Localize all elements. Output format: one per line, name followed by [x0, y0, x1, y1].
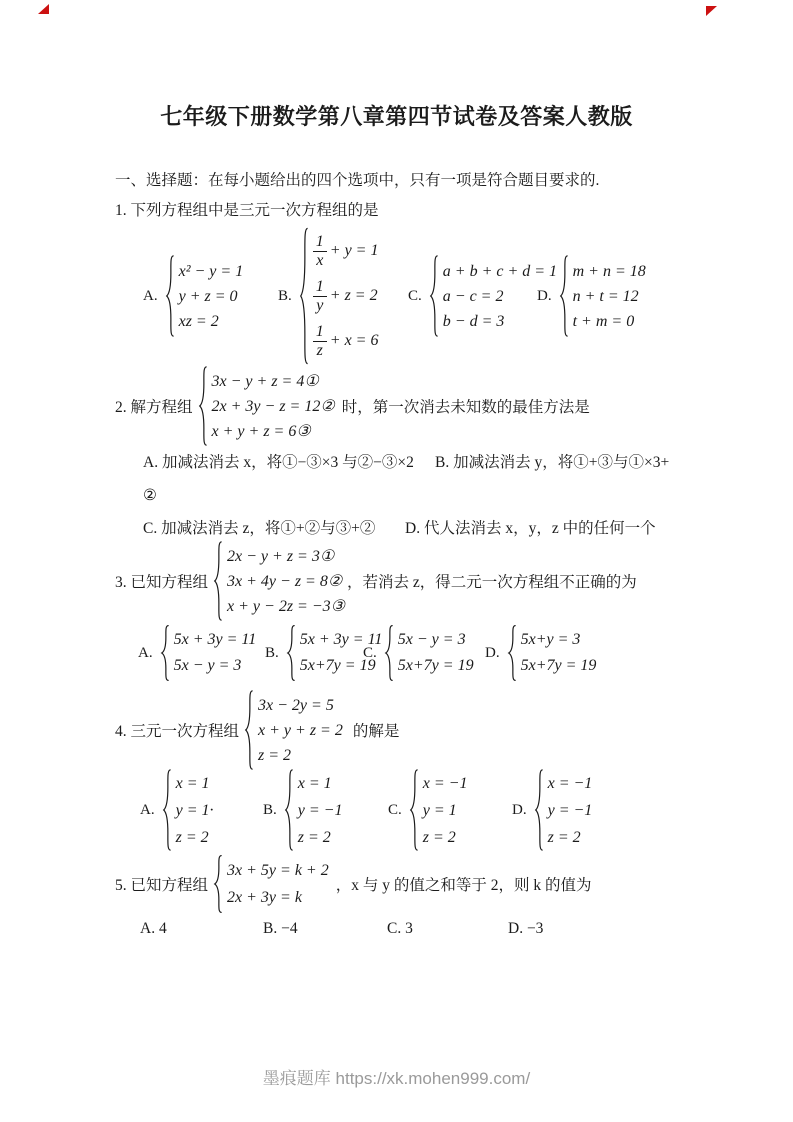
equation: y = −1	[298, 797, 343, 824]
question-4-options: A. x = 1 y = 1· z = 2 B. x = 1 y = −1 z …	[115, 764, 775, 856]
question-4-tail: 的解是	[353, 719, 400, 741]
question-3-tail: ，若消去 z，得二元一次方程组不正确的为	[347, 570, 637, 592]
q5-option-d: D. −3	[508, 920, 543, 938]
equation-fraction: 1x + y = 1	[313, 229, 379, 274]
equation: 3x − y + z = 4①	[212, 369, 335, 394]
red-corner-mark-left	[38, 4, 49, 14]
left-brace-icon	[383, 625, 394, 681]
equation-system: 3x − y + z = 4① 2x + 3y − z = 12② x + y …	[197, 366, 335, 446]
option-label: D.	[537, 288, 552, 305]
equation: 2x − y + z = 3①	[227, 544, 345, 569]
left-brace-icon	[506, 625, 517, 681]
equation-system: 3x + 5y = k + 2 2x + 3y = k	[212, 855, 329, 913]
equation: 2x + 3y − z = 12②	[212, 394, 335, 419]
equation: 3x − 2y = 5	[258, 693, 343, 718]
equation: y = 1·	[176, 797, 214, 824]
equation: y = 1	[423, 797, 468, 824]
equation-fraction: 1y + z = 2	[313, 274, 379, 319]
left-brace-icon	[164, 255, 175, 337]
equation-fraction: 1z + x = 6	[313, 319, 379, 364]
question-2-options: A. 加减法消去 x，将①−③×3 与②−③×2 B. 加减法消去 y，将①+③…	[115, 450, 775, 540]
left-brace-icon	[558, 255, 569, 337]
q5-option-a: A. 4	[140, 920, 167, 938]
left-brace-icon	[285, 625, 296, 681]
equation-rest: + z = 2	[330, 287, 378, 305]
test-paper-page: 七年级下册数学第八章第四节试卷及答案人教版 一、选择题：在每小题给出的四个选项中…	[0, 0, 793, 1122]
question-5-options: A. 4 B. −4 C. 3 D. −3	[115, 920, 775, 946]
equation-system: m + n = 18 n + t = 12 t + m = 0	[558, 255, 646, 337]
denominator: z	[314, 342, 326, 360]
q2-option-a: A. 加减法消去 x，将①−③×3 与②−③×2	[143, 450, 414, 472]
question-3-options: A. 5x + 3y = 11 5x − y = 3 B. 5x + 3y = …	[115, 622, 775, 684]
left-brace-icon	[159, 625, 170, 681]
equation-system: x² − y = 1 y + z = 0 xz = 2	[164, 255, 244, 337]
q1-option-a: A. x² − y = 1 y + z = 0 xz = 2	[143, 255, 243, 337]
option-label: A.	[143, 288, 158, 305]
q1-option-b: B. 1x + y = 1 1y + z = 2 1z + x = 6	[278, 227, 378, 365]
equation: t + m = 0	[573, 309, 646, 334]
option-label: C.	[408, 288, 422, 305]
question-2-tail: 时，第一次消去未知数的最佳方法是	[342, 395, 590, 417]
question-2: 2. 解方程组 3x − y + z = 4① 2x + 3y − z = 12…	[115, 366, 590, 446]
equation-rest: + x = 6	[330, 332, 379, 350]
q2-option-d: D. 代人法消去 x，y，z 中的任何一个	[405, 516, 656, 538]
left-brace-icon	[283, 769, 294, 851]
equation: y = −1	[548, 797, 593, 824]
equation: x + y + z = 6③	[212, 419, 335, 444]
q4-option-d: D. x = −1 y = −1 z = 2	[512, 769, 592, 851]
equation: 5x+7y = 19	[398, 653, 474, 679]
option-label: B.	[265, 645, 279, 662]
equation: 5x+y = 3	[521, 627, 597, 653]
q4-option-a: A. x = 1 y = 1· z = 2	[140, 769, 214, 851]
page-title: 七年级下册数学第八章第四节试卷及答案人教版	[0, 100, 793, 131]
question-1-options: A. x² − y = 1 y + z = 0 xz = 2 B. 1x + y…	[115, 226, 775, 366]
left-brace-icon	[428, 255, 439, 337]
equation: z = 2	[423, 824, 468, 851]
q5-option-c: C. 3	[387, 920, 413, 938]
numerator: 1	[313, 233, 327, 252]
equation: xz = 2	[179, 309, 244, 334]
option-label: C.	[388, 802, 402, 819]
equation: m + n = 18	[573, 259, 646, 284]
left-brace-icon	[243, 690, 254, 770]
equation: 5x − y = 3	[398, 627, 474, 653]
equation: x + y + z = 2	[258, 718, 343, 743]
equation: z = 2	[176, 824, 214, 851]
equation-system: 2x − y + z = 3① 3x + 4y − z = 8② x + y −…	[212, 541, 345, 621]
equation: 5x − y = 3	[174, 653, 257, 679]
equation: z = 2	[298, 824, 343, 851]
question-1-text: 1. 下列方程组中是三元一次方程组的是	[115, 198, 379, 220]
q2-option-c: C. 加减法消去 z，将①+②与③+②	[143, 516, 375, 538]
left-brace-icon	[298, 227, 309, 365]
equation: y + z = 0	[179, 284, 244, 309]
numerator: 1	[313, 278, 327, 297]
equation-system: 1x + y = 1 1y + z = 2 1z + x = 6	[298, 227, 379, 365]
question-3: 3. 已知方程组 2x − y + z = 3① 3x + 4y − z = 8…	[115, 541, 637, 621]
question-5: 5. 已知方程组 3x + 5y = k + 2 2x + 3y = k ，x …	[115, 854, 591, 914]
denominator: y	[313, 297, 326, 315]
left-brace-icon	[197, 366, 208, 446]
denominator: x	[313, 252, 326, 270]
question-5-lead: 5. 已知方程组	[115, 873, 208, 895]
footer-watermark: 墨痕题库 https://xk.mohen999.com/	[0, 1064, 793, 1089]
q1-option-d: D. m + n = 18 n + t = 12 t + m = 0	[537, 255, 646, 337]
equation-rest: + y = 1	[330, 242, 379, 260]
option-label: B.	[278, 288, 292, 305]
question-4: 4. 三元一次方程组 3x − 2y = 5 x + y + z = 2 z =…	[115, 690, 399, 770]
section-header: 一、选择题：在每小题给出的四个选项中，只有一项是符合题目要求的.	[115, 168, 599, 190]
option-label: D.	[485, 645, 500, 662]
equation: x = 1	[176, 770, 214, 797]
question-2-lead: 2. 解方程组	[115, 395, 193, 417]
question-5-tail: ，x 与 y 的值之和等于 2，则 k 的值为	[336, 873, 592, 895]
equation: x = −1	[548, 770, 593, 797]
q3-option-c: C. 5x − y = 3 5x+7y = 19	[363, 625, 474, 681]
left-brace-icon	[212, 855, 223, 913]
equation: 5x + 3y = 11	[174, 627, 257, 653]
left-brace-icon	[533, 769, 544, 851]
q3-option-a: A. 5x + 3y = 11 5x − y = 3	[138, 625, 256, 681]
option-label: D.	[512, 802, 527, 819]
option-label: A.	[140, 802, 155, 819]
question-4-lead: 4. 三元一次方程组	[115, 719, 239, 741]
left-brace-icon	[161, 769, 172, 851]
equation: x = −1	[423, 770, 468, 797]
q4-option-b: B. x = 1 y = −1 z = 2	[263, 769, 342, 851]
q2-option-b-continuation: ②	[143, 484, 775, 508]
left-brace-icon	[408, 769, 419, 851]
equation: 3x + 4y − z = 8②	[227, 569, 345, 594]
equation: x + y − 2z = −3③	[227, 594, 345, 619]
equation-system: 3x − 2y = 5 x + y + z = 2 z = 2	[243, 690, 343, 770]
q3-option-d: D. 5x+y = 3 5x+7y = 19	[485, 625, 596, 681]
numerator: 1	[313, 323, 327, 342]
red-corner-mark-right	[706, 6, 717, 16]
equation: n + t = 12	[573, 284, 646, 309]
q4-option-c: C. x = −1 y = 1 z = 2	[388, 769, 467, 851]
equation: 2x + 3y = k	[227, 884, 329, 911]
equation: z = 2	[548, 824, 593, 851]
equation: 3x + 5y = k + 2	[227, 857, 329, 884]
equation: x² − y = 1	[179, 259, 244, 284]
equation: x = 1	[298, 770, 343, 797]
q1-option-c: C. a + b + c + d = 1 a − c = 2 b − d = 3	[408, 255, 557, 337]
option-label: C.	[363, 645, 377, 662]
option-label: B.	[263, 802, 277, 819]
option-label: A.	[138, 645, 153, 662]
q2-option-b: B. 加减法消去 y，将①+③与①×3+	[435, 450, 669, 472]
left-brace-icon	[212, 541, 223, 621]
equation: 5x+7y = 19	[521, 653, 597, 679]
q5-option-b: B. −4	[263, 920, 298, 938]
question-3-lead: 3. 已知方程组	[115, 570, 208, 592]
